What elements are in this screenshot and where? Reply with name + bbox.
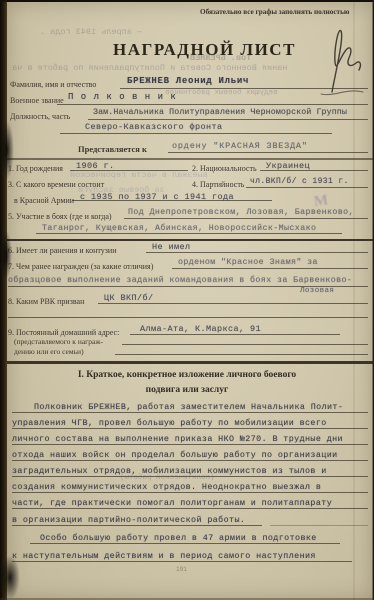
rule-line [124, 218, 368, 219]
binding-edge [0, 0, 7, 600]
combat-participation-label: 5. Участие в боях (где и когда) [8, 212, 112, 221]
fill-all-fields-note: Обязательно все графы заполнять полность… [200, 8, 349, 16]
wounds-value: Не имел [152, 242, 191, 252]
drafted-by-label: 8. Каким РВК призван [8, 297, 84, 306]
nominated-label: Представляется к [78, 144, 147, 154]
rule-line [122, 344, 368, 345]
rule-line [70, 170, 188, 171]
bleedthrough-line: нания Военного Совета и Политуправления … [12, 63, 287, 73]
rule-line [57, 104, 368, 105]
rank-value: П о л к о в н и к [68, 92, 177, 102]
body-line: к наступательным действиям и в период са… [12, 551, 316, 561]
edge-shadow [0, 555, 20, 600]
previous-awards-value-line2: образцовое выполнение заданий командован… [8, 276, 352, 285]
rule-line [115, 354, 368, 355]
rule-line [12, 412, 368, 413]
document-title: НАГРАДНОЙ ЛИСТ [113, 40, 296, 60]
nominated-value: ордену "КРАСНАЯ ЗВЕЗДА" [172, 141, 308, 151]
body-line: личного состава на выполнение приказа НК… [12, 434, 343, 444]
scan-edge-top [0, 0, 374, 2]
rule-line [246, 187, 368, 188]
body-line: отхода наших войск он проделал большую р… [12, 450, 338, 460]
bleedthrough-line: выезжал в части героической [70, 170, 208, 180]
body-line: управления ЧГВ, провел большую работу по… [12, 418, 327, 428]
rule-line [12, 492, 368, 493]
position-label: Должность, часть [10, 112, 70, 121]
rule-line [12, 444, 368, 445]
bleedthrough-line: — апрель 1943 года . [40, 27, 142, 37]
stamp-fragment: М [313, 192, 329, 211]
section-separator [0, 239, 374, 241]
body-line: заградительных отрядов, мобилизации комм… [12, 466, 327, 476]
section-separator [0, 361, 374, 364]
red-army-since-label-line2: в Красной Армии [14, 196, 74, 205]
bleedthrough-line: ведущих боевых работников [165, 89, 278, 97]
home-address-label-line3: дению или его семьи) [14, 347, 84, 356]
rule-line [8, 317, 368, 318]
name-value: БРЕЖНЕВ Леонид Ильич [127, 76, 249, 86]
rule-line [270, 525, 368, 526]
body-line: Особо большую работу провел в 47 армии в… [40, 533, 317, 543]
rule-line [88, 119, 368, 120]
body-line: части, где практически помогал политорга… [12, 498, 332, 508]
combat-participation-value-line2: Таганрог, Кущевская, Абинская, Новоросси… [42, 224, 316, 233]
previous-awards-value-line1: орденом "Красное Знамя" за [178, 258, 318, 267]
rule-line [60, 133, 332, 134]
edge-shadow [0, 230, 12, 280]
rule-line [30, 543, 340, 544]
rule-line [36, 233, 342, 234]
section1-heading-line1: I. Краткое, конкретное изложение личного… [0, 370, 374, 380]
nationality-label: 2. Национальность [192, 164, 257, 173]
rule-line [168, 152, 368, 153]
previous-awards-value-line3: Лозовая [300, 287, 334, 295]
rule-line [12, 476, 368, 477]
rule-line [146, 252, 368, 253]
party-membership-value: чл.ВКП/б/ с 1931 г. [250, 177, 349, 186]
previous-awards-label: 7. Чем ранее награжден (за какие отличия… [8, 262, 153, 271]
edge-shadow [0, 120, 14, 180]
red-army-since-label-line1: 3. С какого времени состоит [8, 180, 104, 189]
wounds-label: 6. Имеет ли ранения и контузии [8, 246, 117, 255]
rule-line [12, 561, 352, 562]
rule-line [120, 88, 368, 89]
rule-line [12, 508, 368, 509]
body-line: в организации партийно-политической рабо… [12, 515, 245, 525]
party-membership-label: 4. Партийность [192, 180, 244, 189]
rule-line [12, 428, 368, 429]
rule-line [12, 460, 368, 461]
scanned-award-sheet: — апрель 1943 года . Тов. БРЕЖНЕВ нания … [0, 0, 374, 600]
rule-line [12, 525, 262, 526]
section1-heading-line2: подвига или заслуг [0, 385, 374, 395]
home-address-label-line2: (представляемого к награж- [14, 337, 103, 346]
faint-print-fragment: 191 [176, 566, 187, 573]
rank-label: Военное звание [10, 96, 64, 105]
body-line: создания коммунистических отрядов. Неодн… [12, 482, 321, 492]
home-address-label-line1: 9. Постоянный домашний адрес: [8, 328, 119, 337]
section-separator [0, 158, 374, 160]
rule-line [98, 303, 368, 304]
body-line: Полковник БРЕЖНЕВ, работая заместителем … [34, 402, 343, 412]
home-address-value: Алма-Ата, К.Маркса, 91 [140, 324, 261, 334]
rule-line [72, 200, 272, 201]
rule-line [260, 170, 368, 171]
rule-line [130, 334, 340, 335]
position-value-line1: Зам.Начальника Политуправления Черноморс… [93, 108, 347, 117]
position-value-line2: Северо-Кавказского фронта [85, 122, 223, 132]
birth-year-label: 1. Год рождения [8, 164, 63, 173]
name-label: Фамилия, имя и отчество [10, 80, 96, 89]
drafted-by-value: ЦК ВКП/б/ [104, 293, 154, 303]
rule-line [172, 268, 368, 269]
